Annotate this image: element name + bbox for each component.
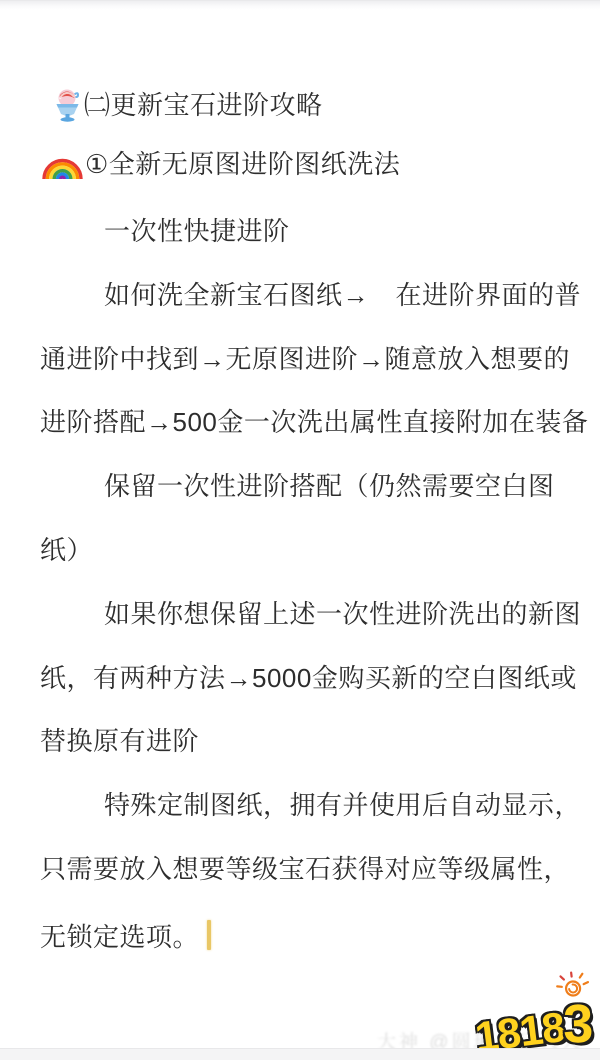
text-line-content: 通进阶中找到→无原图进阶→随意放入想要的 bbox=[40, 344, 570, 374]
text-line: 如何洗全新宝石图纸→ 在进阶界面的普 bbox=[104, 282, 581, 308]
section-title: ㈡更新宝石进阶攻略 bbox=[54, 88, 323, 122]
text-line: 进阶搭配→500金一次洗出属性直接附加在装备 bbox=[40, 409, 588, 435]
text-line-content: 如果你想保留上述一次性进阶洗出的新图 bbox=[104, 599, 581, 629]
section-title-text: ㈡更新宝石进阶攻略 bbox=[84, 92, 323, 118]
text-line-content: 只需要放入想要等级宝石获得对应等级属性， bbox=[40, 854, 570, 884]
text-line: 替换原有进阶 bbox=[40, 728, 199, 754]
text-line-content: 一次性快捷进阶 bbox=[104, 216, 290, 246]
text-line-content: 保留一次性进阶搭配（仍然需要空白图 bbox=[104, 471, 555, 501]
logo-digit-tail: 3 bbox=[563, 997, 594, 1052]
note-page: ㈡更新宝石进阶攻略 ①全新无原图进阶图纸洗法 一次性快捷进阶如何洗全新宝石图纸→ bbox=[0, 0, 600, 1060]
text-line-content: 如何洗全新宝石图纸→ 在进阶界面的普 bbox=[104, 280, 581, 310]
text-line-content: 纸，有两种方法→5000金购买新的空白图纸或 bbox=[40, 663, 577, 693]
text-line-content: 替换原有进阶 bbox=[40, 726, 199, 756]
text-line-content: 无锁定选项。 bbox=[40, 922, 199, 952]
text-line: 纸，有两种方法→5000金购买新的空白图纸或 bbox=[40, 665, 577, 691]
rainbow-icon bbox=[42, 149, 83, 179]
shaved-ice-icon bbox=[54, 88, 81, 122]
text-line: 纸） bbox=[40, 537, 93, 563]
text-line-content: 进阶搭配→500金一次洗出属性直接附加在装备 bbox=[40, 407, 588, 437]
text-line-content: 特殊定制图纸，拥有并使用后自动显示， bbox=[104, 790, 581, 820]
bottom-edge-strip bbox=[0, 1048, 600, 1060]
text-line: 特殊定制图纸，拥有并使用后自动显示， bbox=[104, 792, 581, 818]
top-edge-strip bbox=[0, 0, 600, 10]
text-cursor bbox=[207, 920, 211, 950]
section-subtitle-text: ①全新无原图进阶图纸洗法 bbox=[85, 151, 400, 177]
text-line: 保留一次性进阶搭配（仍然需要空白图 bbox=[104, 473, 555, 499]
section-subtitle: ①全新无原图进阶图纸洗法 bbox=[42, 149, 400, 179]
text-line: 如果你想保留上述一次性进阶洗出的新图 bbox=[104, 601, 581, 627]
text-line: 只需要放入想要等级宝石获得对应等级属性， bbox=[40, 856, 570, 882]
text-line-content: 纸） bbox=[40, 535, 93, 565]
text-line: 无锁定选项。 bbox=[40, 920, 211, 950]
text-line: 通进阶中找到→无原图进阶→随意放入想要的 bbox=[40, 346, 570, 372]
text-line: 一次性快捷进阶 bbox=[104, 218, 290, 244]
